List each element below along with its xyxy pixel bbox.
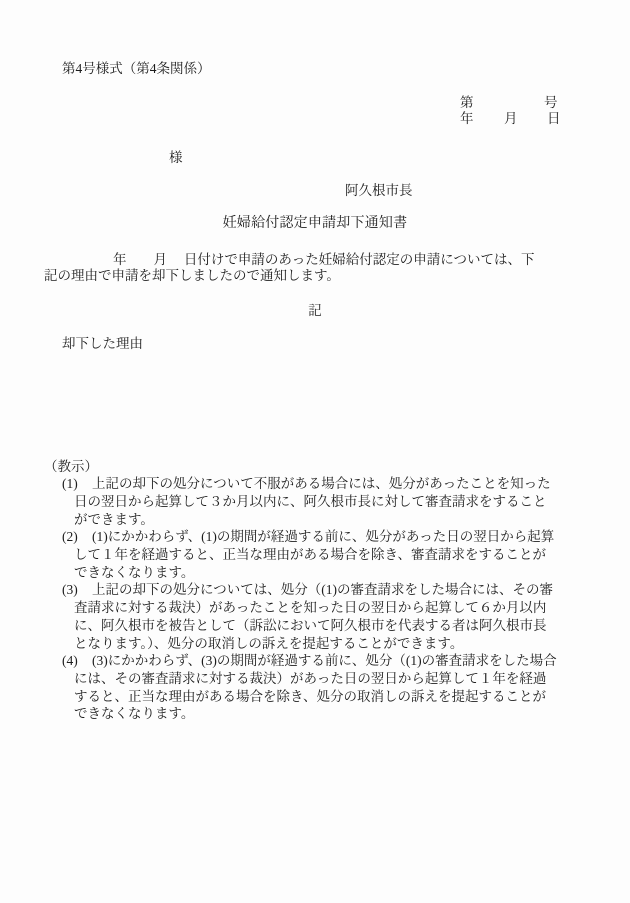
addressee-honorific: 様	[169, 150, 183, 166]
item-text-line: 上記の却下の処分については、処分（(1)の審査請求をした場合には、その審	[92, 582, 553, 597]
item-text-line: に、阿久根市を被告として（訴訟において阿久根市を代表する者は阿久根市長	[44, 617, 604, 635]
document-number-suffix: 号	[544, 95, 558, 111]
instruction-item-3: (3)上記の却下の処分については、処分（(1)の審査請求をした場合には、その審 …	[44, 581, 604, 652]
document-number-prefix: 第	[460, 95, 474, 111]
item-number: (2)	[62, 528, 92, 546]
ki-separator: 記	[0, 303, 630, 319]
instruction-item-1: (1)上記の却下の処分について不服がある場合には、処分があったことを知った 日の…	[44, 475, 604, 528]
item-text-line: すると、正当な理由がある場合を除き、処分の取消しの訴えを提起することが	[44, 688, 604, 706]
item-text-line: 査請求に対する裁決）があったことを知った日の翌日から起算して６か月以内	[44, 599, 604, 617]
instructions-heading: （教示）	[44, 458, 604, 476]
date-month-label: 月	[504, 111, 518, 127]
document-page: 第4号様式（第4条関係） 第 号 年 月 日 様 阿久根市長 妊婦給付認定申請却…	[0, 0, 630, 903]
item-text-line: (1)にかかわらず、(1)の期間が経過する前に、処分があった日の翌日から起算	[92, 529, 554, 544]
instructions-section: （教示） (1)上記の却下の処分について不服がある場合には、処分があったことを知…	[44, 458, 604, 724]
intro-paragraph: 年 月 日付けで申請のあった妊婦給付認定の申請については、下 記の理由で申請を却…	[44, 252, 589, 284]
item-text-line: となります。）、処分の取消しの訴えを提起することができます。	[44, 635, 604, 653]
item-text-line: できなくなります。	[44, 564, 604, 582]
instruction-item-2: (2)(1)にかかわらず、(1)の期間が経過する前に、処分があった日の翌日から起…	[44, 528, 604, 581]
item-number: (4)	[62, 652, 92, 670]
item-text-line: には、その審査請求に対する裁決）があった日の翌日から起算して１年を経過	[44, 670, 604, 688]
intro-line: 年 月 日付けで申請のあった妊婦給付認定の申請については、下	[44, 252, 589, 268]
rejection-reason-label: 却下した理由	[62, 336, 143, 352]
instruction-item-4: (4)(3)にかかわらず、(3)の期間が経過する前に、処分（(1)の審査請求をし…	[44, 652, 604, 723]
sender-name: 阿久根市長	[345, 183, 413, 199]
form-number-note: 第4号様式（第4条関係）	[62, 61, 211, 77]
item-text-line: 上記の却下の処分について不服がある場合には、処分があったことを知った	[92, 476, 551, 491]
date-day-label: 日	[547, 111, 561, 127]
item-number: (3)	[62, 581, 92, 599]
intro-line: 記の理由で申請を却下しましたので通知します。	[44, 268, 589, 284]
item-text-line: ができます。	[44, 511, 604, 529]
document-title: 妊婦給付認定申請却下通知書	[0, 216, 630, 232]
item-text-line: できなくなります。	[44, 705, 604, 723]
date-year-label: 年	[460, 111, 474, 127]
item-text-line: (3)にかかわらず、(3)の期間が経過する前に、処分（(1)の審査請求をした場合	[92, 653, 557, 668]
item-number: (1)	[62, 475, 92, 493]
item-text-line: して１年を経過すると、正当な理由がある場合を除き、審査請求をすることが	[44, 546, 604, 564]
item-text-line: 日の翌日から起算して３か月以内に、阿久根市長に対して審査請求をすること	[44, 493, 604, 511]
